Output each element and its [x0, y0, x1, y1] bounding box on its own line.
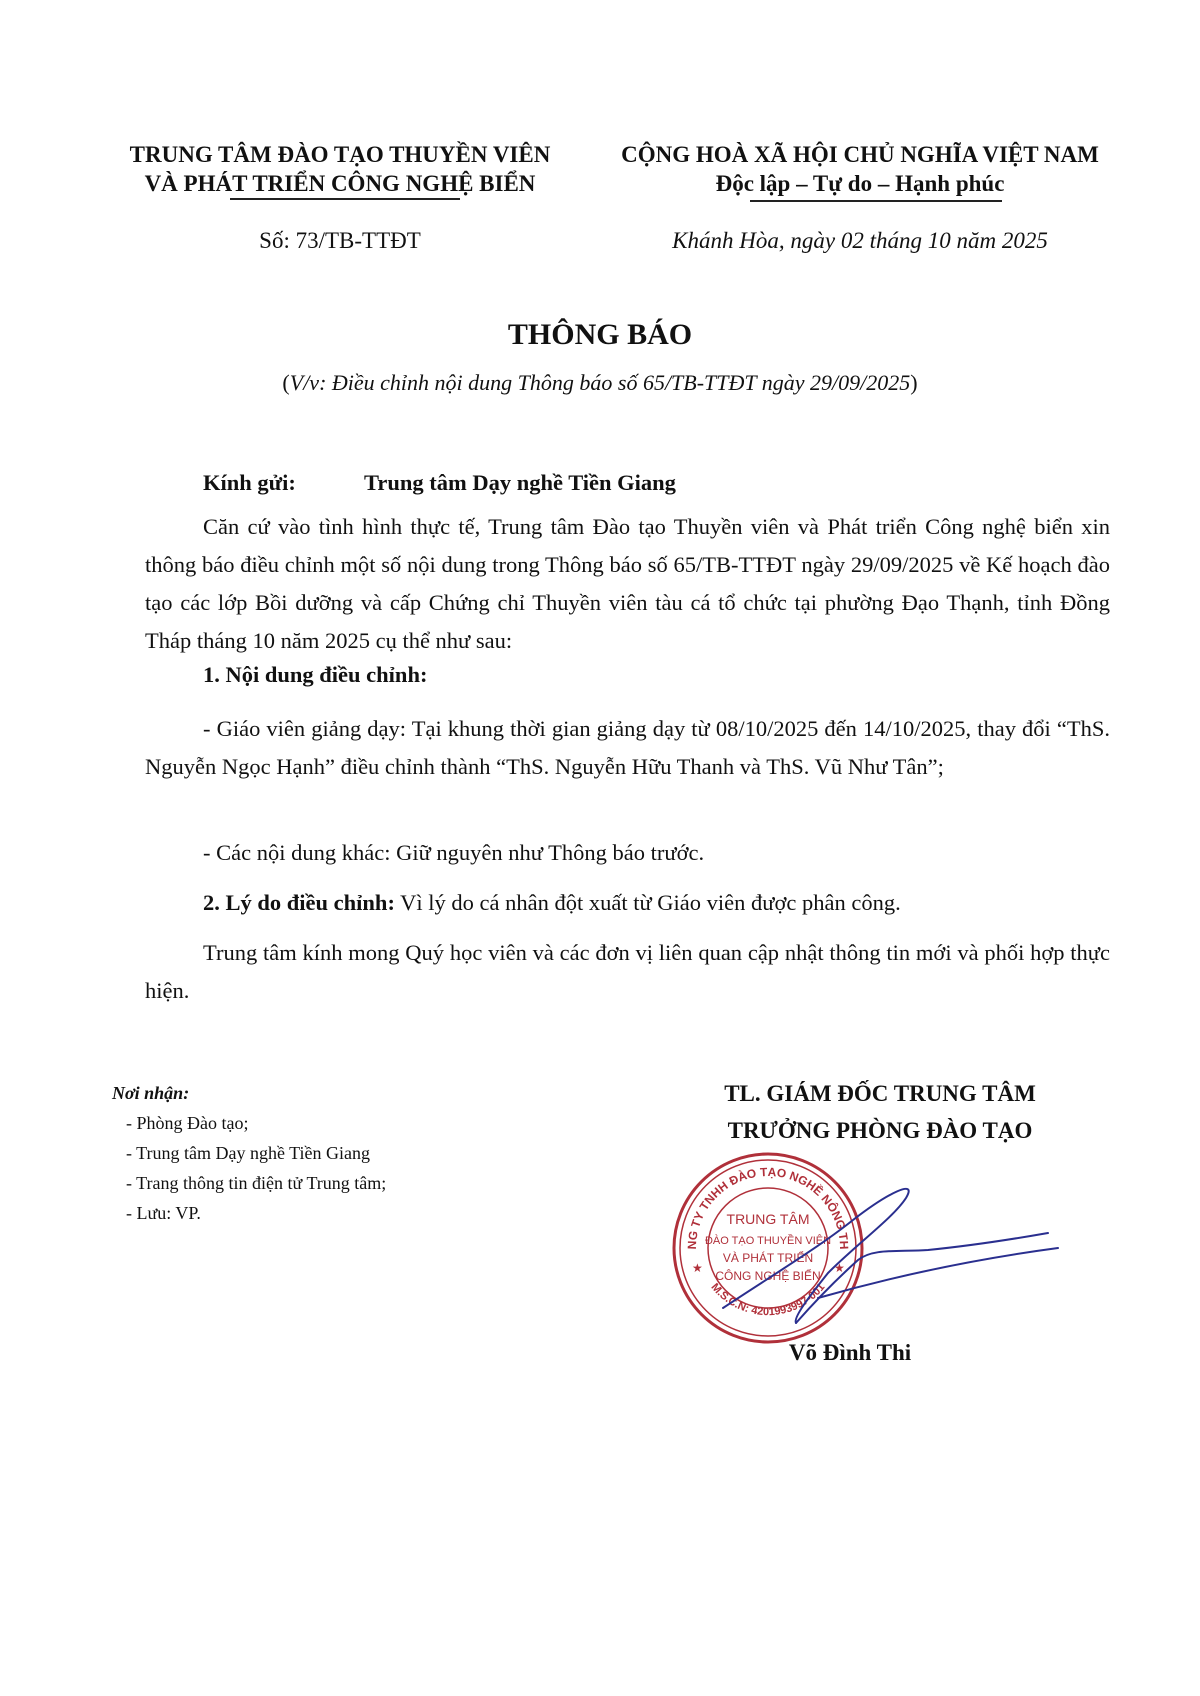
org-line-1: TRUNG TÂM ĐÀO TẠO THUYỀN VIÊN [100, 140, 580, 169]
seal-inner-line-1: TRUNG TÂM [727, 1211, 810, 1227]
nation-line-1: CỘNG HOÀ XÃ HỘI CHỦ NGHĨA VIỆT NAM [580, 140, 1140, 169]
seal-inner-line-4: CÔNG NGHỆ BIỂN [715, 1268, 820, 1283]
seal-inner-line-2: ĐÀO TẠO THUYỀN VIÊN [705, 1234, 831, 1247]
org-underline [230, 198, 460, 200]
signature-line-2: TRƯỞNG PHÒNG ĐÀO TẠO [680, 1112, 1080, 1149]
signature-line-1: TL. GIÁM ĐỐC TRUNG TÂM [680, 1075, 1080, 1112]
distribution-item: - Trang thông tin điện tử Trung tâm; [112, 1168, 386, 1198]
section-1-item-1-block: - Giáo viên giảng dạy: Tại khung thời gi… [145, 710, 1110, 786]
subject-text: V/v: Điều chỉnh nội dung Thông báo số 65… [290, 370, 911, 395]
recipient-name: Trung tâm Dạy nghề Tiền Giang [364, 470, 676, 496]
recipient-label: Kính gửi: [203, 470, 296, 496]
issuing-organization: TRUNG TÂM ĐÀO TẠO THUYỀN VIÊN VÀ PHÁT TR… [100, 140, 580, 198]
section-2: 2. Lý do điều chỉnh: Vì lý do cá nhân độ… [145, 884, 1110, 922]
section-1-heading: 1. Nội dung điều chỉnh: [145, 656, 1110, 694]
document-number: Số: 73/TB-TTĐT [100, 228, 580, 254]
document-subject: (V/v: Điều chỉnh nội dung Thông báo số 6… [0, 370, 1200, 396]
closing-paragraph: Trung tâm kính mong Quý học viên và các … [145, 934, 1110, 1010]
place-and-date: Khánh Hòa, ngày 02 tháng 10 năm 2025 [580, 228, 1140, 254]
section-1-item-2-block: - Các nội dung khác: Giữ nguyên như Thôn… [145, 834, 1110, 872]
section-2-text: Vì lý do cá nhân đột xuất từ Giáo viên đ… [395, 890, 901, 915]
signature-title: TL. GIÁM ĐỐC TRUNG TÂM TRƯỞNG PHÒNG ĐÀO … [680, 1075, 1080, 1149]
distribution-list: Nơi nhận: - Phòng Đào tạo; - Trung tâm D… [112, 1078, 386, 1228]
motto-underline [750, 200, 1002, 202]
section-2-heading: 2. Lý do điều chỉnh: [203, 890, 395, 915]
document-title: THÔNG BÁO [0, 318, 1200, 352]
motto: Độc lập – Tự do – Hạnh phúc [580, 169, 1140, 198]
distribution-item: - Phòng Đào tạo; [112, 1108, 386, 1138]
section-1: 1. Nội dung điều chỉnh: [145, 656, 1110, 694]
distribution-item: - Lưu: VP. [112, 1198, 386, 1228]
paren-close: ) [910, 370, 917, 395]
section-1-item-2: - Các nội dung khác: Giữ nguyên như Thôn… [145, 834, 1110, 872]
distribution-item: - Trung tâm Dạy nghề Tiền Giang [112, 1138, 386, 1168]
org-line-2: VÀ PHÁT TRIỂN CÔNG NGHỆ BIỂN [100, 169, 580, 198]
seal-code: M.S.C.N: 4201993997-001 [709, 1281, 828, 1318]
national-heading: CỘNG HOÀ XÃ HỘI CHỦ NGHĨA VIỆT NAM Độc l… [580, 140, 1140, 198]
closing-block: Trung tâm kính mong Quý học viên và các … [145, 934, 1110, 1010]
section-1-item-1: - Giáo viên giảng dạy: Tại khung thời gi… [145, 710, 1110, 786]
svg-text:★: ★ [692, 1261, 703, 1275]
body-intro: Căn cứ vào tình hình thực tế, Trung tâm … [145, 508, 1110, 660]
signer-name: Võ Đình Thi [680, 1340, 1020, 1366]
svg-text:M.S.C.N: 4201993997-001: M.S.C.N: 4201993997-001 [709, 1281, 828, 1318]
paren-open: ( [282, 370, 289, 395]
distribution-label: Nơi nhận: [112, 1078, 386, 1108]
official-seal-icon: CÔNG TY TNHH ĐÀO TẠO NGHỀ NÔNG THÔN M.S.… [668, 1148, 868, 1348]
intro-paragraph: Căn cứ vào tình hình thực tế, Trung tâm … [145, 508, 1110, 660]
